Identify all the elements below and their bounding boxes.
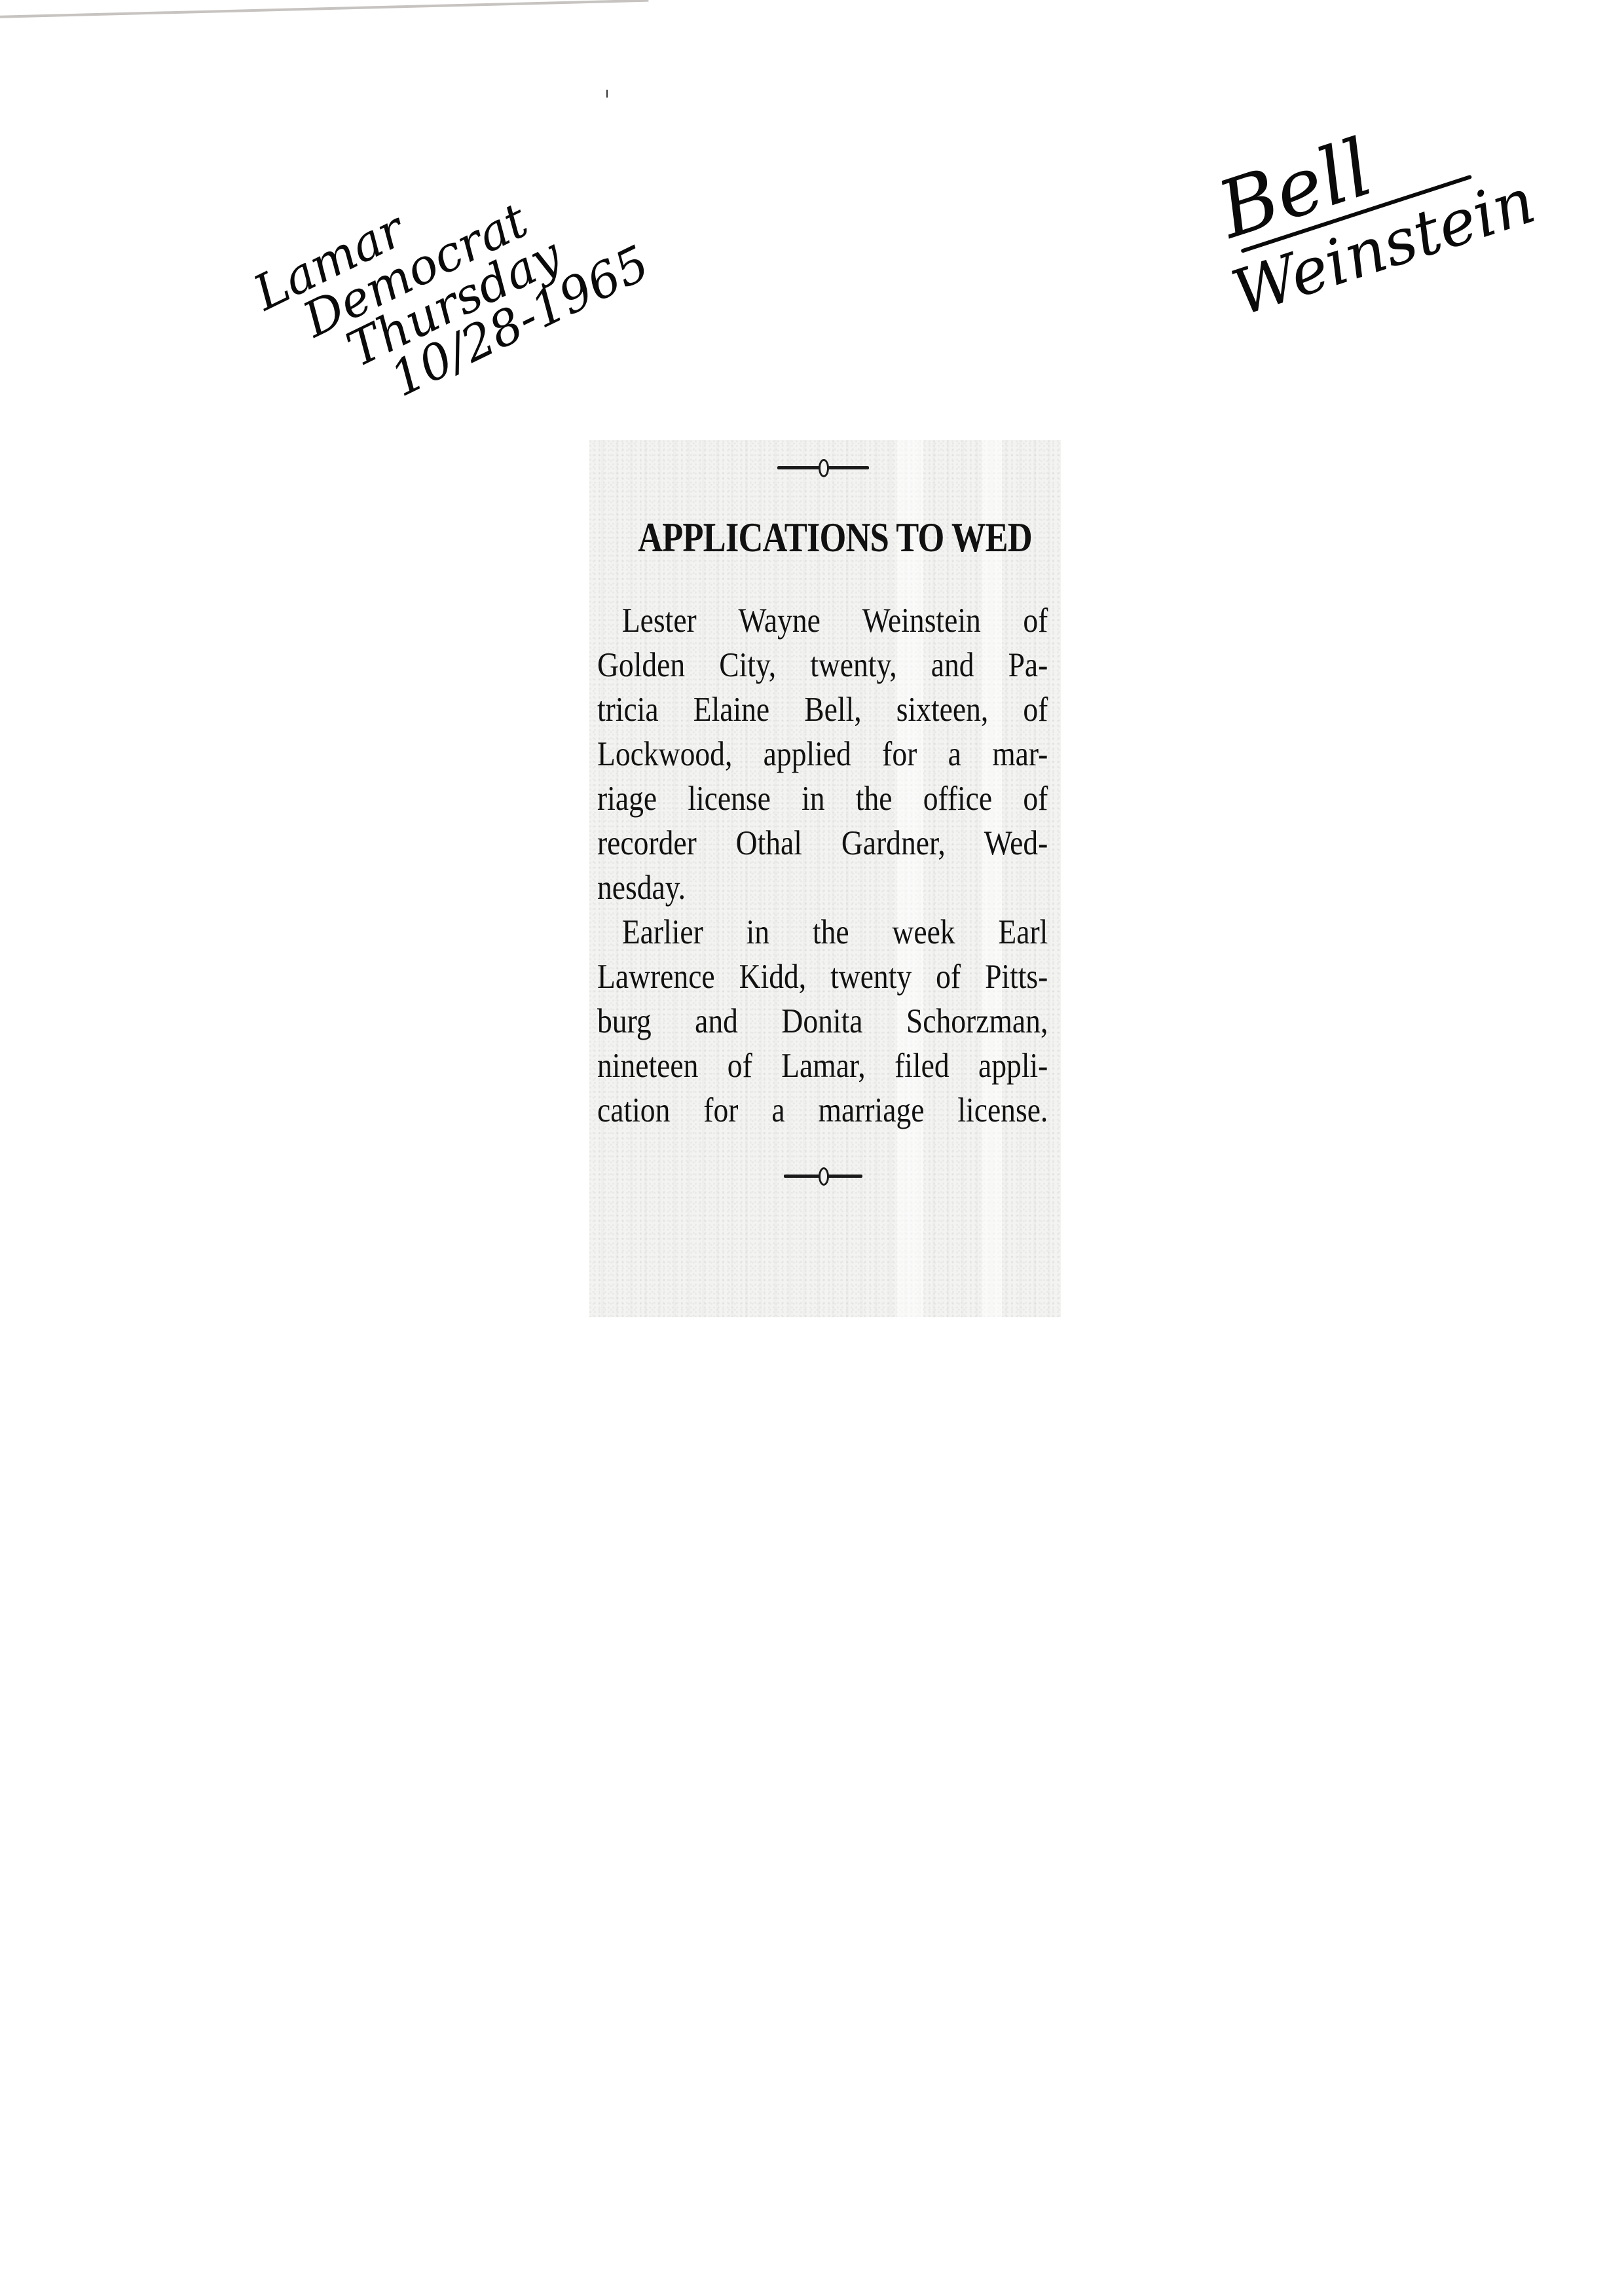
handwritten-source-note: Lamar Democrat Thursday 10/28-1965 [236, 116, 655, 446]
divider-ornament-icon [819, 459, 829, 477]
newspaper-clipping: APPLICATIONS TO WED Lester Wayne Weinste… [589, 440, 1061, 1317]
section-divider-bottom [597, 1163, 1049, 1189]
article-line: nineteen of Lamar, filed appli- [597, 1044, 1048, 1088]
divider-ornament-icon [819, 1167, 829, 1186]
article-line: cation for a marriage license. [597, 1088, 1048, 1133]
handwritten-surnames: Bell Weinstein [1198, 86, 1541, 325]
article-line: Lawrence Kidd, twenty of Pitts- [597, 955, 1048, 999]
article-line: recorder Othal Gardner, Wed- [597, 821, 1048, 866]
article-line: nesday. [597, 866, 1048, 910]
article-line: riage license in the office of [597, 776, 1048, 821]
article-headline: APPLICATIONS TO WED [638, 513, 1008, 562]
article-line: Earlier in the week Earl [597, 910, 1048, 955]
article-line: burg and Donita Schorzman, [597, 999, 1048, 1044]
scan-edge-shadow [0, 0, 648, 18]
article-line: Lockwood, applied for a mar- [597, 732, 1048, 776]
article-line: tricia Elaine Bell, sixteen, of [597, 687, 1048, 732]
scan-speck [606, 90, 608, 98]
article-line: Lester Wayne Weinstein of [597, 598, 1048, 643]
article-line: Golden City, twenty, and Pa- [597, 643, 1048, 687]
section-divider-top [597, 454, 1049, 481]
article-body: Lester Wayne Weinstein of Golden City, t… [597, 598, 1048, 1133]
